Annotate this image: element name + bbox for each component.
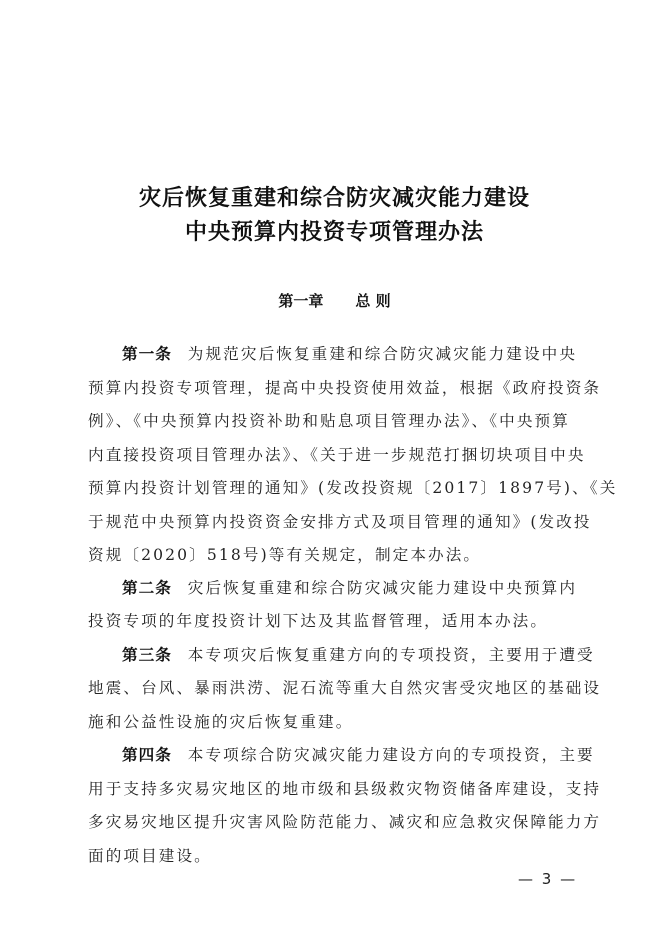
- article-1-line-2: 预算内投资专项管理，提高中央投资使用效益，根据《政府投资条: [88, 377, 576, 399]
- article-4-line-1: 第四条本专项综合防灾减灾能力建设方向的专项投资，主要: [122, 744, 576, 766]
- chapter-heading: 第一章总 则: [0, 290, 669, 311]
- article-1-line-4: 内直接投资项目管理办法》、《关于进一步规范打捆切块项目中央: [88, 444, 576, 466]
- article-1-line-6: 于规范中央预算内投资资金安排方式及项目管理的通知》(发改投: [88, 511, 576, 533]
- article-3-line-1: 第三条本专项灾后恢复重建方向的专项投资，主要用于遭受: [122, 644, 576, 666]
- article-4-line-2: 用于支持多灾易灾地区的地市级和县级救灾物资储备库建设，支持: [88, 778, 576, 800]
- article-4-number: 第四条: [122, 745, 172, 764]
- article-text: 为规范灾后恢复重建和综合防灾减灾能力建设中央: [188, 345, 577, 363]
- document-title-line-1: 灾后恢复重建和综合防灾减灾能力建设: [0, 181, 669, 212]
- article-text: 本专项综合防灾减灾能力建设方向的专项投资，主要: [188, 746, 595, 764]
- article-4-line-4: 面的项目建设。: [88, 845, 576, 867]
- chapter-number: 第一章: [278, 292, 323, 310]
- article-1-line-7: 资规〔2020〕518号)等有关规定，制定本办法。: [88, 544, 576, 566]
- chapter-name: 总 则: [355, 292, 390, 310]
- article-text: 灾后恢复重建和综合防灾减灾能力建设中央预算内: [188, 579, 577, 597]
- article-2-line-1: 第二条灾后恢复重建和综合防灾减灾能力建设中央预算内: [122, 577, 576, 599]
- article-1-line-1: 第一条为规范灾后恢复重建和综合防灾减灾能力建设中央: [122, 343, 576, 365]
- article-3-line-2: 地震、台风、暴雨洪涝、泥石流等重大自然灾害受灾地区的基础设: [88, 677, 576, 699]
- article-1-line-5: 预算内投资计划管理的通知》(发改投资规〔2017〕1897号)、《关: [88, 477, 576, 499]
- article-text: 本专项灾后恢复重建方向的专项投资，主要用于遭受: [188, 646, 595, 664]
- article-4-line-3: 多灾易灾地区提升灾害风险防范能力、减灾和应急救灾保障能力方: [88, 811, 576, 833]
- article-3-number: 第三条: [122, 645, 172, 664]
- article-2-line-2: 投资专项的年度投资计划下达及其监督管理，适用本办法。: [88, 610, 576, 632]
- document-page: 灾后恢复重建和综合防灾减灾能力建设 中央预算内投资专项管理办法 第一章总 则 第…: [0, 0, 669, 941]
- article-1-number: 第一条: [122, 344, 172, 363]
- article-2-number: 第二条: [122, 578, 172, 597]
- article-3-line-3: 施和公益性设施的灾后恢复重建。: [88, 711, 576, 733]
- document-title-line-2: 中央预算内投资专项管理办法: [0, 215, 669, 246]
- page-number: — 3 —: [518, 870, 577, 888]
- article-1-line-3: 例》、《中央预算内投资补助和贴息项目管理办法》、《中央预算: [88, 410, 576, 432]
